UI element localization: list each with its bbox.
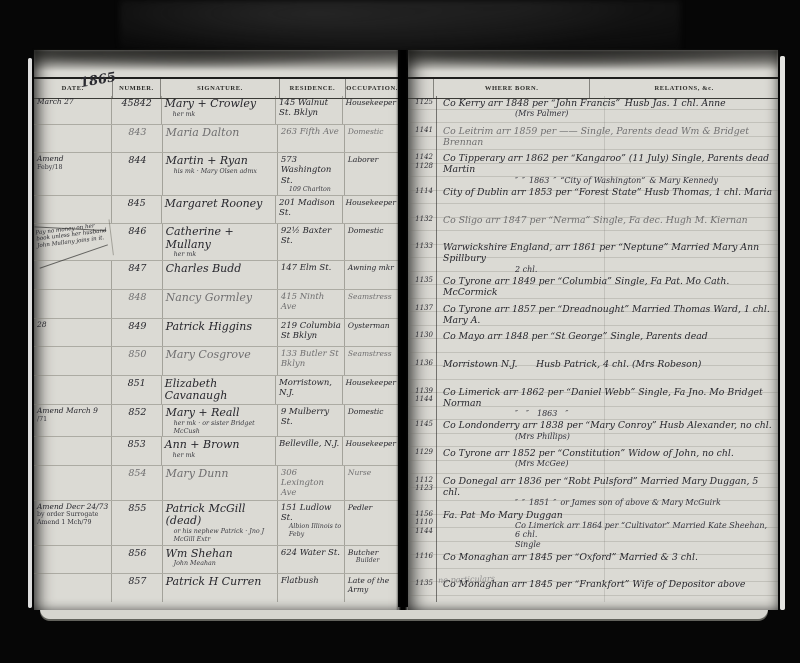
occupation-cell: Pedler (345, 501, 398, 545)
signature-entry: Margaret Rooney (165, 197, 263, 210)
signature-entry: Mary + Reall (166, 406, 240, 419)
ref-number-cell: 1130 (408, 329, 437, 357)
signature-entry: Charles Budd (166, 262, 242, 275)
residence-cell: 145 Walnut St. Bklyn (276, 96, 343, 124)
occupation-entry: Pedler (348, 503, 372, 512)
residence-entry: 147 Elm St. (281, 263, 332, 273)
ledger-book-spread: DATE. 1865 NUMBER. SIGNATURE. RESIDENCE.… (30, 50, 782, 610)
signature-cell: Catherine + Mullany her mk (163, 224, 278, 260)
entry-continuation: ″ ″ 1851 ″ or James son of above & Mary … (515, 498, 774, 508)
ledger-row: 856 Wm Shehan John Meahan 624 Water St. … (34, 546, 398, 575)
ref-number: 1135 (408, 276, 433, 285)
where-born-relations-cell: Co Donegal arr 1836 per “Robt Pulsford” … (437, 474, 778, 508)
where-born-relations-cell: Co Londonderry arr 1838 per “Mary Conroy… (437, 418, 778, 446)
ref-number-cell: 1135 (408, 274, 437, 302)
ref-number-cell: 1145 (408, 418, 437, 446)
birthplace-relations-entry: Co Donegal arr 1836 per “Robt Pulsford” … (443, 476, 774, 498)
residence-cell: 151 Ludlow St. Albion Illinois to Feby (278, 501, 345, 545)
residence-cell: 306 Lexington Ave (278, 466, 345, 500)
ref-number-cell: 1156 1110 1144 (408, 508, 437, 550)
signature-cell: Margaret Rooney (162, 196, 276, 224)
signature-cell: Mary + Reall her mk · or sister Bridget … (163, 405, 278, 436)
signature-cell: Ann + Brown her mk (162, 437, 276, 465)
ref-number-cell: 1129 (408, 446, 437, 474)
ref-number: 1156 (408, 510, 433, 519)
signature-note: or his nephew Patrick · Jno J McGill Ext… (174, 528, 275, 544)
number-cell: 857 (112, 574, 162, 602)
where-born-relations-cell: Fa. Pat Mo Mary Duggan Co Limerick arr 1… (437, 508, 778, 550)
entry-continuation: ″ ″ 1863 ″ (515, 409, 774, 419)
number-cell: 850 (112, 347, 162, 375)
number-cell: 847 (112, 261, 162, 289)
signature-entry: Mary Dunn (166, 467, 229, 480)
ledger-row: 850 Mary Cosgrove 133 Butler St Bklyn Se… (34, 347, 398, 376)
occupation-entry: Housekeeper (346, 439, 396, 448)
residence-cell: 133 Butler St Bklyn (278, 347, 345, 375)
account-number: 848 (128, 292, 146, 303)
signature-entry: Elizabeth Cavanaugh (165, 377, 228, 403)
ref-number: 1125 (408, 98, 433, 107)
residence-entry: 263 Fifth Ave (281, 127, 339, 137)
date-cell: Amend March 9 /71 (34, 405, 112, 436)
date-cell (34, 376, 112, 404)
number-cell: 856 (112, 546, 162, 574)
ref-number: 1139 (408, 387, 433, 396)
ref-number-cell: 1141 (408, 124, 437, 152)
residence-entry: 306 Lexington Ave (281, 468, 324, 498)
signature-entry: Ann + Brown (165, 438, 240, 451)
entry-continuation: 2 chl. (515, 265, 774, 275)
ledger-row: 851 Elizabeth Cavanaugh Morristown, N.J.… (34, 376, 398, 405)
ref-number-2: 1110 (408, 518, 433, 527)
ref-number: 1116 (408, 552, 433, 561)
residence-entry: 133 Butler St Bklyn (281, 349, 339, 369)
signature-note: her mk (174, 251, 275, 259)
occupation-entry: Housekeeper (346, 98, 396, 107)
birthplace-relations-entry: Co Monaghan arr 1845 per “Oxford” Marrie… (443, 552, 774, 563)
ledger-row: 1141 Co Leitrim arr 1859 per —— Single, … (408, 124, 778, 152)
signature-cell: Elizabeth Cavanaugh (162, 376, 276, 404)
date-entry: 28 (37, 320, 47, 329)
birthplace-relations-entry: Warwickshire England, arr 1861 per “Nept… (443, 242, 774, 264)
ref-number: 1142 (408, 153, 433, 162)
ledger-row: March 27 45842 Mary + Crowley her mk 145… (34, 96, 398, 125)
date-entry-note: Feby/18 (37, 164, 109, 172)
ledger-row: 854 Mary Dunn 306 Lexington Ave Nurse (34, 466, 398, 501)
birthplace-relations-entry: Co Sligo arr 1847 per “Nerma” Single, Fa… (443, 215, 774, 226)
residence-entry: Belleville, N.J. (279, 439, 339, 449)
occupation-entry: Butcher (348, 548, 378, 557)
occupation-cell: Butcher Builder (345, 546, 398, 574)
signature-cell: Maria Dalton (163, 125, 278, 153)
ledger-left-page: DATE. 1865 NUMBER. SIGNATURE. RESIDENCE.… (34, 50, 398, 610)
where-born-relations-cell: Co Tyrone arr 1852 per “Constitution” Wi… (437, 446, 778, 474)
ref-number-cell: 1139 1144 (408, 385, 437, 419)
birthplace-relations-entry: Co Tipperary arr 1862 per “Kangaroo” (11… (443, 153, 774, 175)
signature-entry: Patrick Higgins (166, 320, 252, 333)
ledger-row: 1133 Warwickshire England, arr 1861 per … (408, 240, 778, 274)
occupation-cell: Domestic (345, 224, 398, 260)
ledger-row: 848 Nancy Gormley 415 Ninth Ave Seamstre… (34, 290, 398, 319)
date-cell (34, 347, 112, 375)
signature-note: her mk (173, 111, 273, 119)
date-cell (34, 546, 112, 574)
ledger-row: Amend Decr 24/73 by order Surrogate Amen… (34, 501, 398, 546)
where-born-relations-cell: City of Dublin arr 1853 per “Forest Stat… (437, 185, 778, 213)
account-number: 852 (128, 407, 146, 418)
ref-number: 1136 (408, 359, 433, 368)
account-number: 853 (128, 439, 146, 450)
handwritten-year: 1865 (79, 70, 117, 91)
residence-cell: 573 Washington St. 109 Charlton (278, 153, 345, 194)
signature-cell: Charles Budd (163, 261, 278, 289)
birthplace-relations-entry: Co Tyrone arr 1857 per “Dreadnought” Mar… (443, 304, 774, 326)
account-number: 856 (128, 548, 146, 559)
ref-number-cell: 1132 (408, 213, 437, 241)
ledger-right-page: WHERE BORN. RELATIONS, &c. 1125 Co Kerry… (408, 50, 778, 610)
occupation-entry: Housekeeper (346, 198, 396, 207)
signature-cell: Patrick McGill (dead) or his nephew Patr… (163, 501, 278, 545)
signature-note: John Meahan (174, 560, 275, 568)
number-cell: 846 (112, 224, 162, 260)
signature-cell: Mary Cosgrove (163, 347, 278, 375)
occupation-entry: Domestic (348, 226, 384, 235)
ledger-row: 1116 Co Monaghan arr 1845 per “Oxford” M… (408, 550, 778, 578)
ref-number-3: 1144 (408, 527, 433, 536)
signature-entry: Mary Cosgrove (166, 348, 251, 361)
ref-number-cell: 1142 1128 (408, 151, 437, 185)
where-born-relations-cell: Co Sligo arr 1847 per “Nerma” Single, Fa… (437, 213, 778, 241)
where-born-relations-cell: Co Tyrone arr 1849 per “Columbia” Single… (437, 274, 778, 302)
account-number: 847 (128, 263, 146, 274)
ref-number-cell: 1135 (408, 577, 437, 602)
residence-cell: Flatbush (278, 574, 345, 602)
ref-number-cell: 1112 1123 (408, 474, 437, 508)
ref-number-2: 1123 (408, 484, 433, 493)
date-cell: Pay no money on her book unless her husb… (34, 220, 114, 265)
occupation-entry: Oysterman (348, 321, 390, 330)
signature-entry: Nancy Gormley (166, 291, 252, 304)
occupation-entry: Housekeeper (346, 378, 396, 387)
ledger-row: 845 Margaret Rooney 201 Madison St. Hous… (34, 196, 398, 225)
occupation-cell: Seamstress (345, 347, 398, 375)
date-entry: March 27 (37, 97, 74, 106)
number-cell: 844 (112, 153, 162, 194)
account-number: 850 (128, 349, 146, 360)
signature-cell: Patrick H Curren (163, 574, 278, 602)
book-right-edge (780, 56, 785, 610)
account-number: 844 (128, 155, 146, 166)
date-cell (34, 290, 112, 318)
date-cell (34, 196, 112, 224)
signature-note: his mk · Mary Olsen admx (174, 168, 275, 176)
account-number: 846 (128, 226, 146, 237)
ref-number-cell: 1125 (408, 96, 437, 124)
number-cell: 851 (112, 376, 162, 404)
ref-number-cell: 1133 (408, 240, 437, 274)
ref-number: 1133 (408, 242, 433, 251)
ledger-row: 1137 Co Tyrone arr 1857 per “Dreadnought… (408, 302, 778, 330)
occupation-entry: Seamstress (348, 292, 392, 301)
number-cell: 45842 (112, 96, 162, 124)
signature-entry: Mary + Crowley (165, 97, 256, 110)
occupation-entry: Domestic (348, 127, 384, 136)
entry-continuation: (Mrs Palmer) (515, 109, 774, 119)
birthplace-relations-entry: Co Tyrone arr 1852 per “Constitution” Wi… (443, 448, 774, 459)
occupation-entry: Domestic (348, 407, 384, 416)
ref-number: 1112 (408, 476, 433, 485)
residence-cell: 201 Madison St. (276, 196, 343, 224)
account-number: 849 (128, 321, 146, 332)
signature-note: her mk · or sister Bridget McCush (174, 420, 275, 436)
occupation-cell: Domestic (345, 125, 398, 153)
occupation-cell: Late of the Army (345, 574, 398, 602)
ref-number: 1114 (408, 187, 433, 196)
date-cell (34, 125, 112, 153)
ledger-row: 1129 Co Tyrone arr 1852 per “Constitutio… (408, 446, 778, 474)
signature-cell: Wm Shehan John Meahan (163, 546, 278, 574)
occupation-cell: Awning mkr (345, 261, 398, 289)
ledger-row: 1142 1128 Co Tipperary arr 1862 per “Kan… (408, 151, 778, 185)
birthplace-relations-entry: Co Leitrim arr 1859 per —— Single, Paren… (443, 126, 774, 148)
residence-cell: 624 Water St. (278, 546, 345, 574)
date-cell: 28 (34, 319, 112, 347)
where-born-relations-cell: Warwickshire England, arr 1861 per “Nept… (437, 240, 778, 274)
signature-cell: Mary Dunn (163, 466, 278, 500)
number-cell: 855 (112, 501, 162, 545)
ledger-row: 1125 Co Kerry arr 1848 per “John Francis… (408, 96, 778, 124)
date-entry: Pay no money on her book unless her husb… (35, 223, 107, 249)
date-cell (34, 466, 112, 500)
date-entry: Amend (37, 154, 64, 163)
entry-continuation: Co Limerick arr 1864 per “Cultivator” Ma… (515, 521, 774, 540)
occupation-entry: Awning mkr (348, 263, 394, 272)
number-cell: 843 (112, 125, 162, 153)
entry-continuation-2: Single (515, 540, 774, 550)
date-entry-note: /71 (37, 416, 109, 424)
residence-cell: Morristown, N.J. (276, 376, 343, 404)
signature-note: her mk (173, 452, 273, 460)
scanned-ledger-photo: DATE. 1865 NUMBER. SIGNATURE. RESIDENCE.… (0, 0, 800, 663)
residence-cell: 92½ Baxter St. (278, 224, 345, 260)
date-cell (34, 574, 112, 602)
occupation-note: Builder (356, 557, 396, 565)
signature-entry: Patrick H Curren (166, 575, 262, 588)
ref-number-cell: 1114 (408, 185, 437, 213)
account-number: 854 (128, 468, 146, 479)
ledger-row: Amend Feby/18 844 Martin + Ryan his mk ·… (34, 153, 398, 195)
residence-cell: Belleville, N.J. (276, 437, 343, 465)
residence-entry: 624 Water St. (281, 548, 340, 558)
where-born-relations-cell: Morristown N.J. Husb Patrick, 4 chl. (Mr… (437, 357, 778, 385)
residence-entry: 573 Washington St. (281, 155, 332, 185)
ref-number-2: 1128 (408, 162, 433, 171)
residence-entry: 92½ Baxter St. (281, 226, 331, 246)
ref-number: 1132 (408, 215, 433, 224)
ref-number: 1129 (408, 448, 433, 457)
left-page-rows: March 27 45842 Mary + Crowley her mk 145… (34, 96, 398, 602)
residence-entry: 201 Madison St. (279, 198, 335, 218)
account-number: 843 (128, 127, 146, 138)
residence-cell: 219 Columbia St Bklyn (278, 319, 345, 347)
signature-entry: Martin + Ryan (166, 154, 248, 167)
number-cell: 853 (112, 437, 162, 465)
where-born-relations-cell: Co Tipperary arr 1862 per “Kangaroo” (11… (437, 151, 778, 185)
ledger-row: 857 Patrick H Curren Flatbush Late of th… (34, 574, 398, 602)
ref-number: 1141 (408, 126, 433, 135)
occupation-cell: Seamstress (345, 290, 398, 318)
ledger-row: 1135 Co Tyrone arr 1849 per “Columbia” S… (408, 274, 778, 302)
residence-entry: 219 Columbia St Bklyn (281, 321, 341, 341)
ledger-row: 28 849 Patrick Higgins 219 Columbia St B… (34, 319, 398, 348)
residence-note: 109 Charlton (289, 186, 342, 194)
residence-entry: 9 Mulberry St. (281, 407, 329, 427)
number-cell: 852 (112, 405, 162, 436)
ref-number: 1130 (408, 331, 433, 340)
date-entry: Amend Decr 24/73 (37, 502, 108, 511)
entry-continuation: (Mrs Phillips) (515, 432, 774, 442)
number-cell: 854 (112, 466, 162, 500)
occupation-cell: Housekeeper (343, 376, 398, 404)
date-entry-note-2: Amend 1 Mch/79 (37, 519, 109, 527)
ledger-row: 853 Ann + Brown her mk Belleville, N.J. … (34, 437, 398, 466)
signature-entry: Maria Dalton (166, 126, 240, 139)
where-born-relations-cell: Co Limerick arr 1862 per “Daniel Webb” S… (437, 385, 778, 419)
where-born-relations-cell: Co Leitrim arr 1859 per —— Single, Paren… (437, 124, 778, 152)
right-page-rows: 1125 Co Kerry arr 1848 per “John Francis… (408, 96, 778, 602)
occupation-entry: Late of the Army (348, 576, 389, 594)
date-entry-note: by order Surrogate (37, 511, 109, 519)
occupation-cell: Domestic (345, 405, 398, 436)
ledger-row: 1114 City of Dublin arr 1853 per “Forest… (408, 185, 778, 213)
birthplace-relations-entry: Co Mayo arr 1848 per “St George” Single,… (443, 331, 774, 342)
occupation-cell: Housekeeper (343, 437, 398, 465)
residence-cell: 9 Mulberry St. (278, 405, 345, 436)
account-number: 845 (128, 198, 146, 209)
residence-entry: Flatbush (281, 576, 319, 586)
ledger-row: 1130 Co Mayo arr 1848 per “St George” Si… (408, 329, 778, 357)
ledger-row: Amend March 9 /71 852 Mary + Reall her m… (34, 405, 398, 437)
ref-number-2: 1144 (408, 395, 433, 404)
ledger-row: 1156 1110 1144 Fa. Pat Mo Mary Duggan Co… (408, 508, 778, 550)
ref-number: 1145 (408, 420, 433, 429)
signature-cell: Mary + Crowley her mk (162, 96, 276, 124)
ledger-row: 1139 1144 Co Limerick arr 1862 per “Dani… (408, 385, 778, 419)
signature-entry: Wm Shehan (166, 547, 233, 560)
ledger-row: 1136 Morristown N.J. Husb Patrick, 4 chl… (408, 357, 778, 385)
signature-entry: Catherine + Mullany (166, 225, 234, 251)
occupation-cell: Nurse (345, 466, 398, 500)
birthplace-relations-entry: City of Dublin arr 1853 per “Forest Stat… (443, 187, 774, 198)
occupation-cell: Laborer (345, 153, 398, 194)
number-cell: 848 (112, 290, 162, 318)
date-cell: March 27 (34, 96, 112, 124)
occupation-entry: Seamstress (348, 349, 392, 358)
residence-entry: 145 Walnut St. Bklyn (279, 98, 328, 118)
birthplace-relations-entry: Co Kerry arr 1848 per “John Francis” Hus… (443, 98, 774, 109)
date-cell: Amend Feby/18 (34, 153, 112, 194)
where-born-relations-cell: Co Tyrone arr 1857 per “Dreadnought” Mar… (437, 302, 778, 330)
ref-number-cell: 1137 (408, 302, 437, 330)
ledger-row: 1132 Co Sligo arr 1847 per “Nerma” Singl… (408, 213, 778, 241)
ledger-row: 847 Charles Budd 147 Elm St. Awning mkr (34, 261, 398, 290)
occupation-cell: Oysterman (345, 319, 398, 347)
signature-cell: Nancy Gormley (163, 290, 278, 318)
residence-entry: 415 Ninth Ave (281, 292, 324, 312)
date-entry: Amend March 9 (37, 406, 98, 415)
date-cell (34, 261, 112, 289)
account-number: 855 (128, 503, 146, 514)
occupation-cell: Housekeeper (343, 96, 398, 124)
ref-number: 1135 (408, 579, 433, 588)
where-born-relations-cell: Co Monaghan arr 1845 per “Oxford” Marrie… (437, 550, 778, 578)
entry-continuation: (Mrs McGee) (515, 459, 774, 469)
signature-cell: Patrick Higgins (163, 319, 278, 347)
residence-cell: 263 Fifth Ave (278, 125, 345, 153)
birthplace-relations-entry: Morristown N.J. Husb Patrick, 4 chl. (Mr… (443, 359, 774, 370)
ledger-row: 1112 1123 Co Donegal arr 1836 per “Robt … (408, 474, 778, 508)
occupation-cell: Housekeeper (343, 196, 398, 224)
entry-continuation: ″ ″ 1863 ″ “City of Washington” & Mary K… (515, 176, 774, 186)
number-cell: 849 (112, 319, 162, 347)
number-cell: 845 (112, 196, 162, 224)
birthplace-relations-entry: Co Tyrone arr 1849 per “Columbia” Single… (443, 276, 774, 298)
residence-note: Albion Illinois to Feby (289, 523, 342, 539)
birthplace-relations-entry: Co Londonderry arr 1838 per “Mary Conroy… (443, 420, 774, 431)
signature-entry: Patrick McGill (dead) (166, 502, 246, 528)
book-left-edge (28, 58, 32, 608)
ref-number-cell: 1136 (408, 357, 437, 385)
account-number: 851 (128, 378, 146, 389)
residence-cell: 147 Elm St. (278, 261, 345, 289)
date-cell (34, 437, 112, 465)
residence-entry: Morristown, N.J. (279, 378, 332, 398)
residence-entry: 151 Ludlow St. (281, 503, 332, 523)
occupation-entry: Nurse (348, 468, 371, 477)
residence-cell: 415 Ninth Ave (278, 290, 345, 318)
date-cell: Amend Decr 24/73 by order Surrogate Amen… (34, 501, 112, 545)
account-number: 857 (128, 576, 146, 587)
ledger-row: Pay no money on her book unless her husb… (34, 224, 398, 261)
account-number: 45842 (122, 98, 152, 109)
occupation-entry: Laborer (348, 155, 378, 164)
birthplace-relations-entry: Co Limerick arr 1862 per “Daniel Webb” S… (443, 387, 774, 409)
ref-number-cell: 1116 (408, 550, 437, 578)
ledger-row: 843 Maria Dalton 263 Fifth Ave Domestic (34, 125, 398, 154)
birthplace-relations-entry: Fa. Pat Mo Mary Duggan (443, 510, 774, 521)
ref-number: 1137 (408, 304, 433, 313)
where-born-relations-cell: Co Kerry arr 1848 per “John Francis” Hus… (437, 96, 778, 124)
where-born-relations-cell: Co Mayo arr 1848 per “St George” Single,… (437, 329, 778, 357)
ledger-row: 1145 Co Londonderry arr 1838 per “Mary C… (408, 418, 778, 446)
signature-cell: Martin + Ryan his mk · Mary Olsen admx (163, 153, 278, 194)
